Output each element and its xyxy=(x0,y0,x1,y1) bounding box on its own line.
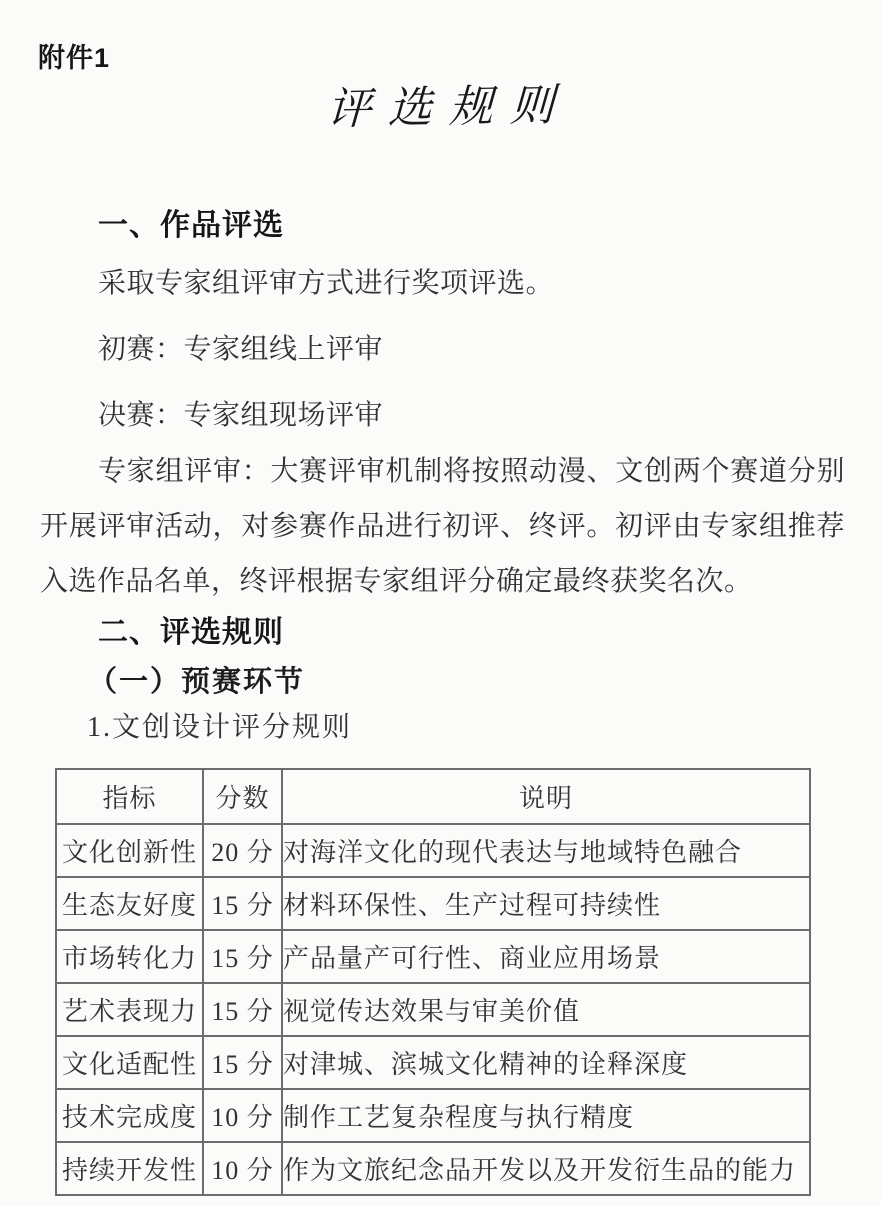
table-cell-description: 制作工艺复杂程度与执行精度 xyxy=(282,1089,810,1142)
table-cell-score: 20 分 xyxy=(203,824,282,877)
table-row: 文化创新性 20 分 对海洋文化的现代表达与地域特色融合 xyxy=(56,824,810,877)
subsection-heading-preliminary-stage: （一）预赛环节 xyxy=(88,662,845,702)
section-heading-work-selection: 一、作品评选 xyxy=(98,206,845,246)
table-cell-indicator: 生态友好度 xyxy=(56,877,203,930)
table-cell-description: 产品量产可行性、商业应用场景 xyxy=(282,930,810,983)
section-heading-selection-rules: 二、评选规则 xyxy=(98,613,845,653)
table-cell-indicator: 技术完成度 xyxy=(56,1089,203,1142)
table-row: 生态友好度 15 分 材料环保性、生产过程可持续性 xyxy=(56,877,810,930)
table-cell-description: 材料环保性、生产过程可持续性 xyxy=(282,877,810,930)
table-cell-score: 15 分 xyxy=(203,877,282,930)
table-cell-score: 15 分 xyxy=(203,930,282,983)
document-title-text: 评选规则 xyxy=(309,80,572,137)
document-page: 附件1 评选规则 一、作品评选 采取专家组评审方式进行奖项评选。 初赛：专家组线… xyxy=(0,0,881,1206)
paragraph-preliminary-round: 初赛：专家组线上评审 xyxy=(40,322,845,378)
table-cell-description: 对津城、滨城文化精神的诠释深度 xyxy=(282,1036,810,1089)
item-heading-cultural-design-scoring: 1.文创设计评分规则 xyxy=(87,708,845,748)
table-cell-score: 10 分 xyxy=(203,1142,282,1195)
table-header-row: 指标 分数 说明 xyxy=(56,769,810,824)
scoring-table: 指标 分数 说明 文化创新性 20 分 对海洋文化的现代表达与地域特色融合 生态… xyxy=(55,768,811,1196)
paragraph-expert-review: 专家组评审：大赛评审机制将按照动漫、文创两个赛道分别开展评审活动，对参赛作品进行… xyxy=(40,444,845,609)
table-row: 技术完成度 10 分 制作工艺复杂程度与执行精度 xyxy=(56,1089,810,1142)
table-cell-description: 作为文旅纪念品开发以及开发衍生品的能力 xyxy=(282,1142,810,1195)
table-cell-indicator: 持续开发性 xyxy=(56,1142,203,1195)
table-cell-description: 视觉传达效果与审美价值 xyxy=(282,983,810,1036)
table-cell-indicator: 艺术表现力 xyxy=(56,983,203,1036)
table-cell-indicator: 市场转化力 xyxy=(56,930,203,983)
table-header-description: 说明 xyxy=(282,769,810,824)
table-header-indicator: 指标 xyxy=(56,769,203,824)
paragraph-final-round: 决赛：专家组现场评审 xyxy=(40,388,845,444)
document-body: 一、作品评选 采取专家组评审方式进行奖项评选。 初赛：专家组线上评审 决赛：专家… xyxy=(40,200,845,1196)
table-row: 持续开发性 10 分 作为文旅纪念品开发以及开发衍生品的能力 xyxy=(56,1142,810,1195)
table-cell-score: 10 分 xyxy=(203,1089,282,1142)
table-cell-score: 15 分 xyxy=(203,983,282,1036)
table-header-score: 分数 xyxy=(203,769,282,824)
table-cell-indicator: 文化创新性 xyxy=(56,824,203,877)
table-row: 艺术表现力 15 分 视觉传达效果与审美价值 xyxy=(56,983,810,1036)
table-cell-indicator: 文化适配性 xyxy=(56,1036,203,1089)
table-cell-score: 15 分 xyxy=(203,1036,282,1089)
table-row: 市场转化力 15 分 产品量产可行性、商业应用场景 xyxy=(56,930,810,983)
document-title: 评选规则 xyxy=(0,82,881,134)
paragraph-intro: 采取专家组评审方式进行奖项评选。 xyxy=(40,256,845,312)
attachment-label: 附件1 xyxy=(38,42,110,75)
table-row: 文化适配性 15 分 对津城、滨城文化精神的诠释深度 xyxy=(56,1036,810,1089)
table-cell-description: 对海洋文化的现代表达与地域特色融合 xyxy=(282,824,810,877)
